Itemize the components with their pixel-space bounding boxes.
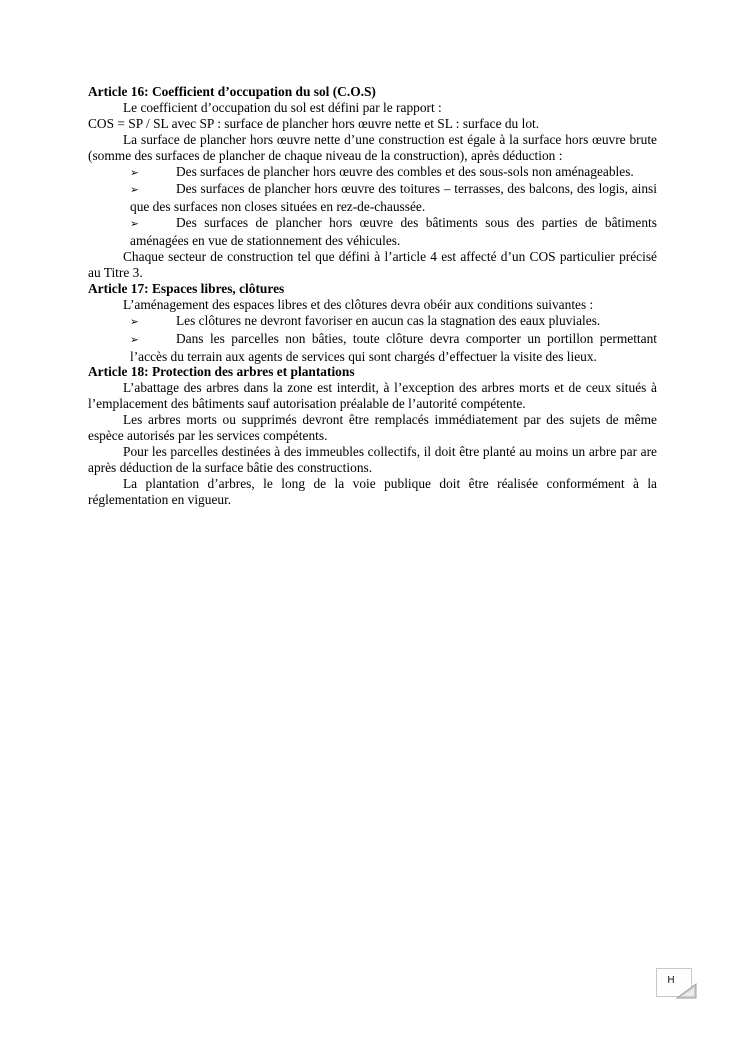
- paragraph: La surface de plancher hors œuvre nette …: [88, 132, 657, 164]
- bullet-item: ➢Les clôtures ne devront favoriser en au…: [88, 313, 657, 331]
- bullet-item: ➢Des surfaces de plancher hors œuvre des…: [88, 215, 657, 249]
- note-annotation-icon[interactable]: H: [656, 968, 692, 997]
- page-fold-icon: [676, 982, 697, 999]
- paragraph: Le coefficient d’occupation du sol est d…: [88, 100, 657, 116]
- document-page: Article 16: Coefficient d’occupation du …: [0, 0, 745, 1053]
- article-17-heading: Article 17: Espaces libres, clôtures: [88, 281, 657, 297]
- bullet-item: ➢Dans les parcelles non bâties, toute cl…: [88, 331, 657, 365]
- paragraph: Chaque secteur de construction tel que d…: [88, 249, 657, 281]
- arrow-bullet-icon: ➢: [130, 315, 176, 331]
- bullet-text: Des surfaces de plancher hors œuvre des …: [130, 181, 657, 214]
- paragraph: L’aménagement des espaces libres et des …: [88, 297, 657, 313]
- arrow-bullet-icon: ➢: [130, 166, 176, 182]
- arrow-bullet-icon: ➢: [130, 183, 176, 199]
- paragraph: Les arbres morts ou supprimés devront êt…: [88, 412, 657, 444]
- paragraph: La plantation d’arbres, le long de la vo…: [88, 476, 657, 508]
- arrow-bullet-icon: ➢: [130, 217, 176, 233]
- bullet-item: ➢Des surfaces de plancher hors œuvre des…: [88, 181, 657, 215]
- arrow-bullet-icon: ➢: [130, 333, 176, 349]
- bullet-item: ➢Des surfaces de plancher hors œuvre des…: [88, 164, 657, 182]
- page-body: Article 16: Coefficient d’occupation du …: [88, 84, 657, 508]
- bullet-text: Dans les parcelles non bâties, toute clô…: [130, 331, 657, 364]
- paragraph-cos-formula: COS = SP / SL avec SP : surface de planc…: [88, 116, 657, 132]
- bullet-text: Des surfaces de plancher hors œuvre des …: [176, 164, 634, 179]
- paragraph: Pour les parcelles destinées à des immeu…: [88, 444, 657, 476]
- bullet-text: Les clôtures ne devront favoriser en auc…: [176, 313, 600, 328]
- article-18-heading: Article 18: Protection des arbres et pla…: [88, 364, 657, 380]
- paragraph: L’abattage des arbres dans la zone est i…: [88, 380, 657, 412]
- bullet-text: Des surfaces de plancher hors œuvre des …: [130, 215, 657, 248]
- article-16-heading: Article 16: Coefficient d’occupation du …: [88, 84, 657, 100]
